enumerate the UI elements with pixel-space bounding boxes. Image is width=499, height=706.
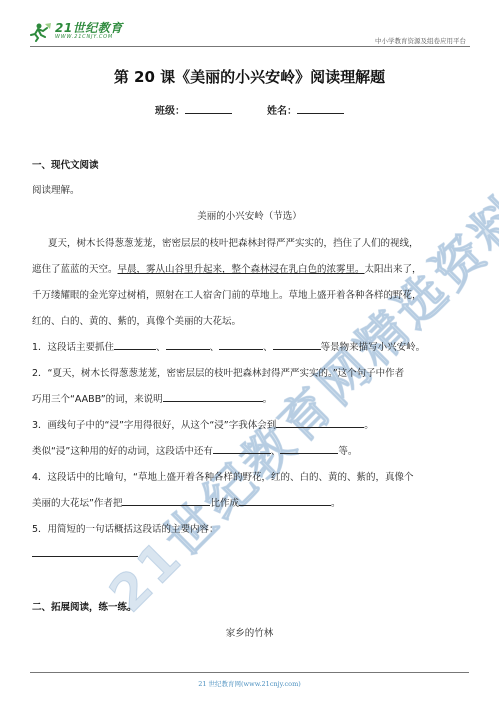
page-header: 21世纪教育 WWW.21CNJY.COM 中小学教育资源及组卷应用平台 <box>30 22 470 46</box>
answer-blank[interactable] <box>239 496 331 506</box>
answer-blank[interactable] <box>163 392 263 402</box>
answer-blank[interactable] <box>166 340 210 350</box>
logo-url: WWW.21CNJY.COM <box>55 34 123 40</box>
answer-blank[interactable] <box>280 444 338 454</box>
answer-blank[interactable] <box>122 496 210 506</box>
question-text: 比作成 <box>210 498 239 509</box>
question-3-line-2: 类似“浸”这种用的好的动词，这段话中还有、等。 <box>32 443 357 457</box>
question-2-line-1: 2．“夏天，树木长得葱葱茏茏，密密层层的枝叶把森林封得严严实实的。”这个句子中作… <box>32 365 404 379</box>
logo: 21世纪教育 WWW.21CNJY.COM <box>30 22 123 42</box>
question-4-line-2: 美丽的大花坛”作者把比作成。 <box>32 495 340 509</box>
page-title: 第 20 课《美丽的小兴安岭》阅读理解题 <box>0 66 499 87</box>
question-text: 。 <box>364 420 374 431</box>
question-text: 。 <box>331 498 341 509</box>
question-text: 1．这段话主要抓住 <box>32 342 114 353</box>
question-text: 3．画线句子中的“浸”字用得很好，从这个“浸”字我体会到 <box>32 420 276 431</box>
platform-name: 中小学教育资源及组卷应用平台 <box>375 36 466 45</box>
answer-blank[interactable] <box>219 340 263 350</box>
passage-line-1: 夏天，树木长得葱葱茏茏，密密层层的枝叶把森林封得严严实实的，挡住了人们的视线， <box>48 235 419 249</box>
question-3-line-1: 3．画线句子中的“浸”字用得很好，从这个“浸”字我体会到。 <box>32 417 374 431</box>
answer-blank[interactable] <box>213 444 271 454</box>
question-text: 等景物来描写小兴安岭。 <box>321 342 426 353</box>
answer-blank[interactable] <box>273 340 321 350</box>
question-text: 类似“浸”这种用的好的动词，这段话中还有 <box>32 446 213 457</box>
answer-blank[interactable] <box>276 418 364 428</box>
class-blank[interactable] <box>185 103 232 114</box>
footer-divider <box>30 672 469 673</box>
student-info: 班级： 姓名： <box>0 102 499 117</box>
header-divider <box>30 46 470 47</box>
separator: 、 <box>210 342 220 353</box>
separator: 、 <box>263 342 273 353</box>
passage-line-3: 千万缕耀眼的金光穿过树梢，照射在工人宿舍门前的草地上。草地上盛开着各种各样的野花… <box>32 287 422 301</box>
footer-text: 21 世纪教育网(www.21cnjy.com) <box>0 679 499 688</box>
question-5: 5．用简短的一句话概括这段话的主要内容： <box>32 521 219 535</box>
instruction: 阅读理解。 <box>32 182 80 196</box>
passage-line-4: 红的、白的、黄的、紫的，真像个美丽的大花坛。 <box>32 313 241 327</box>
section-heading-1: 一、现代文阅读 <box>32 157 99 171</box>
question-4-line-1: 4．这段话中的比喻句，“草地上盛开着各种各样的野花，红的、白的、黄的、紫的，真像… <box>32 469 413 483</box>
passage-title: 美丽的小兴安岭（节选） <box>0 208 499 222</box>
question-1: 1．这段话主要抓住、、、等景物来描写小兴安岭。 <box>32 339 425 353</box>
question-2-line-2: 巧用三个“AABB”的词，来说明。 <box>32 391 272 405</box>
question-text: 巧用三个“AABB”的词，来说明 <box>32 394 163 405</box>
separator: 、 <box>156 342 166 353</box>
class-label: 班级： <box>155 106 185 117</box>
question-text: 。 <box>263 394 273 405</box>
passage-line-2: 遮住了蓝蓝的天空。早晨，雾从山谷里升起来，整个森林浸在乳白色的浓雾里。太阳出来了… <box>32 261 422 275</box>
section-heading-2: 二、拓展阅读，练一练。 <box>32 599 137 613</box>
question-text: 等。 <box>338 446 357 457</box>
runner-logo-icon <box>30 22 52 42</box>
passage-title-2: 家乡的竹林 <box>0 625 499 639</box>
name-blank[interactable] <box>297 103 344 114</box>
passage-text: 太阳出来了， <box>365 264 422 275</box>
question-text: 美丽的大花坛”作者把 <box>32 498 122 509</box>
answer-blank[interactable] <box>114 340 156 350</box>
name-label: 姓名： <box>267 106 297 117</box>
underlined-sentence: 早晨，雾从山谷里升起来，整个森林浸在乳白色的浓雾里。 <box>118 264 365 275</box>
logo-title: 21世纪教育 <box>55 22 123 34</box>
separator: 、 <box>271 446 281 457</box>
passage-text: 遮住了蓝蓝的天空。 <box>32 264 118 275</box>
answer-blank[interactable] <box>32 547 138 557</box>
question-5-answer-line <box>32 547 138 560</box>
